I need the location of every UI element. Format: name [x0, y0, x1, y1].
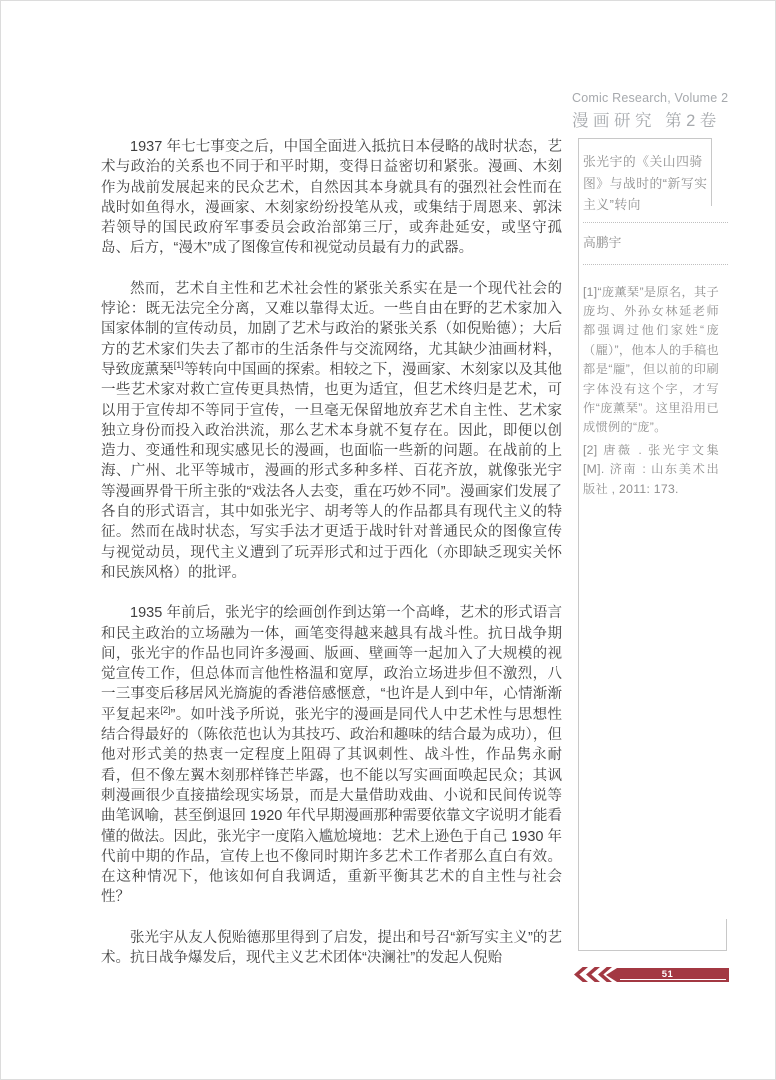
dotted-separator — [583, 222, 728, 223]
paragraph-3-text-b: ”。如叶浅予所说，张光宇的漫画是同代人中艺术性与思想性结合得最好的（陈依范也认为… — [101, 707, 562, 906]
article-body: 1937 年七七事变之后，中国全面进入抵抗日本侵略的战时状态，艺术与政治的关系也… — [101, 137, 562, 988]
paragraph-4-text: 张光宇从友人倪贻德那里得到了启发，提出和号召“新写实主义”的艺术。抗日战争爆发后… — [101, 930, 562, 966]
paragraph-1: 1937 年七七事变之后，中国全面进入抵抗日本侵略的战时状态，艺术与政治的关系也… — [101, 137, 562, 259]
paragraph-2-text-b: 等转向中国画的探索。相较之下，漫画家、木刻家以及其他一些艺术家对救亡宣传更具热情… — [101, 362, 562, 581]
sidebar-frame-bottom — [578, 950, 727, 951]
sidebar: 张光宇的《关山四骑图》与战时的“新写实主义”转向 高鹏宇 [1]“庞薰琹”是原名… — [583, 151, 719, 499]
journal-header: Comic Research, Volume 2 漫画研究 第2卷 — [572, 91, 728, 131]
footnote-ref-1: [1] — [174, 360, 184, 370]
paragraph-4: 张光宇从友人倪贻德那里得到了启发，提出和号召“新写实主义”的艺术。抗日战争爆发后… — [101, 928, 562, 969]
paragraph-1-text: 1937 年七七事变之后，中国全面进入抵抗日本侵略的战时状态，艺术与政治的关系也… — [101, 139, 562, 256]
dotted-separator — [583, 264, 728, 265]
footnote-ref-2: [2] — [161, 705, 171, 715]
article-author: 高鹏宇 — [583, 234, 719, 251]
sidebar-footnote-2: [2] 唐薇 . 张光宇文集 [M]. 济南 : 山东美术出版社 , 2011:… — [583, 441, 719, 499]
sidebar-footnote-1: [1]“庞薰琹”是原名，其子庞均、外孙女林延老师都强调过他们家姓“庞（龎）”，他… — [583, 283, 719, 438]
chevron-left-icon — [586, 967, 600, 982]
journal-title-en: Comic Research, Volume 2 — [572, 91, 728, 105]
sidebar-frame-top — [578, 138, 712, 139]
chevron-left-icon — [574, 967, 588, 982]
paragraph-3: 1935 年前后，张光宇的绘画创作到达第一个高峰，艺术的形式语言和民主政治的立场… — [101, 603, 562, 907]
article-title: 张光宇的《关山四骑图》与战时的“新写实主义”转向 — [583, 151, 719, 216]
journal-title-cn: 漫画研究 第2卷 — [572, 107, 728, 131]
page-bar-underline — [620, 979, 726, 980]
page-footer: 51 — [574, 967, 729, 982]
document-page: Comic Research, Volume 2 漫画研究 第2卷 1937 年… — [0, 0, 776, 1080]
sidebar-frame-left — [578, 138, 579, 951]
paragraph-2: 然而，艺术自主性和艺术社会性的紧张关系实在是一个现代社会的悖论：既无法完全分离，… — [101, 279, 562, 583]
page-number-bar: 51 — [606, 968, 729, 982]
sidebar-frame-bottom-right — [726, 919, 727, 951]
